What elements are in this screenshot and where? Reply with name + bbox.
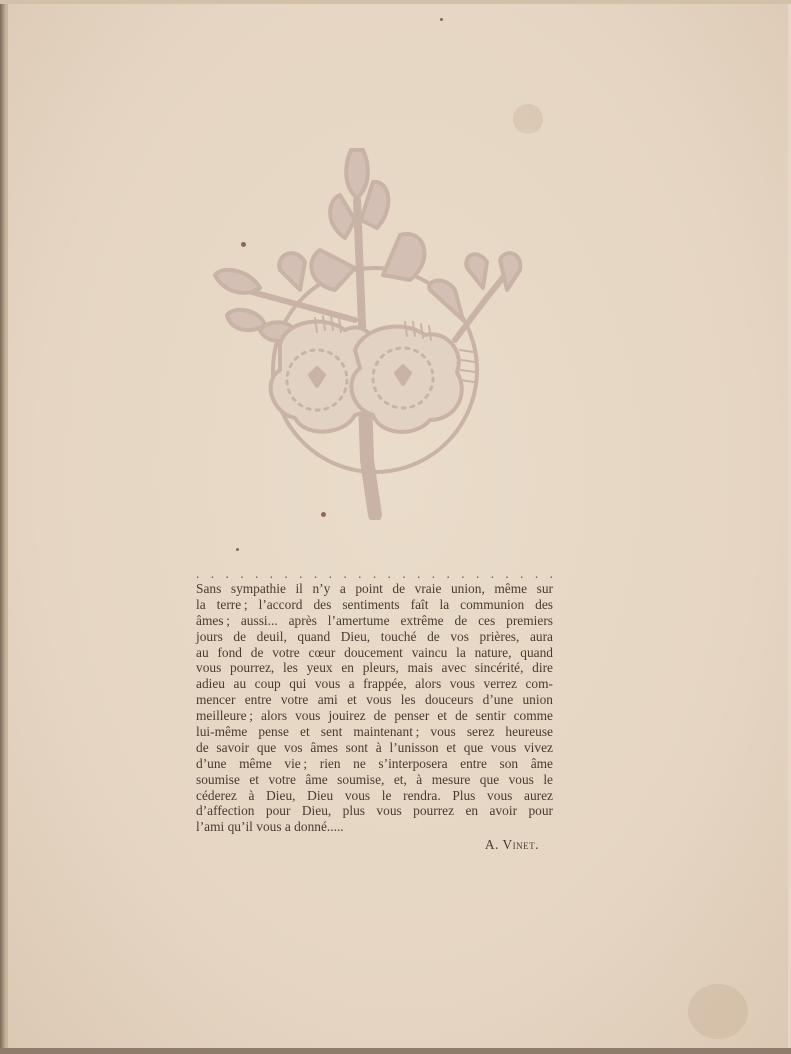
text-line: d’une même vie ; rien ne s’interposera e… xyxy=(196,756,553,772)
paper-stain xyxy=(513,104,543,134)
text-line: l’ami qu’il vous a donné..... xyxy=(196,819,553,835)
text-line: soumise et votre âme soumise, et, à mesu… xyxy=(196,772,553,788)
page-bottom-edge xyxy=(0,1048,791,1054)
text-line: âmes ; aussi... après l’amertume extrême… xyxy=(196,613,553,629)
text-line: d’affection pour Dieu, plus vous pourrez… xyxy=(196,803,553,819)
text-line: meilleure ; alors vous jouirez de penser… xyxy=(196,708,553,724)
text-line: céderez à Dieu, Dieu vous le rendra. Plu… xyxy=(196,788,553,804)
text-line: au fond de votre cœur doucement vaincu l… xyxy=(196,645,553,661)
text-line: adieu au coup qui vous a frappée, alors … xyxy=(196,676,553,692)
text-line: jours de deuil, quand Dieu, touché de vo… xyxy=(196,629,553,645)
author-signature: A. Vinet. xyxy=(196,837,553,853)
text-line: mencer entre votre ami et vous les douce… xyxy=(196,692,553,708)
text-line: Sans sympathie il n’y a point de vraie u… xyxy=(196,581,553,597)
text-line: vous pourrez, les yeux en pleurs, mais a… xyxy=(196,660,553,676)
paper-stain xyxy=(688,984,748,1039)
ink-spot xyxy=(236,548,239,551)
text-line: de savoir que vos âmes sont à l’unisson … xyxy=(196,740,553,756)
quotation-text: ......................... Sans sympathie… xyxy=(196,566,553,853)
cherry-blossom-branch-icon xyxy=(205,140,535,520)
ink-spot xyxy=(440,18,443,21)
text-line: lui-même pense et sent maintenant ; vous… xyxy=(196,724,553,740)
leader-dots: ......................... xyxy=(196,566,553,581)
text-line: la terre ; l’accord des sentiments faît … xyxy=(196,597,553,613)
